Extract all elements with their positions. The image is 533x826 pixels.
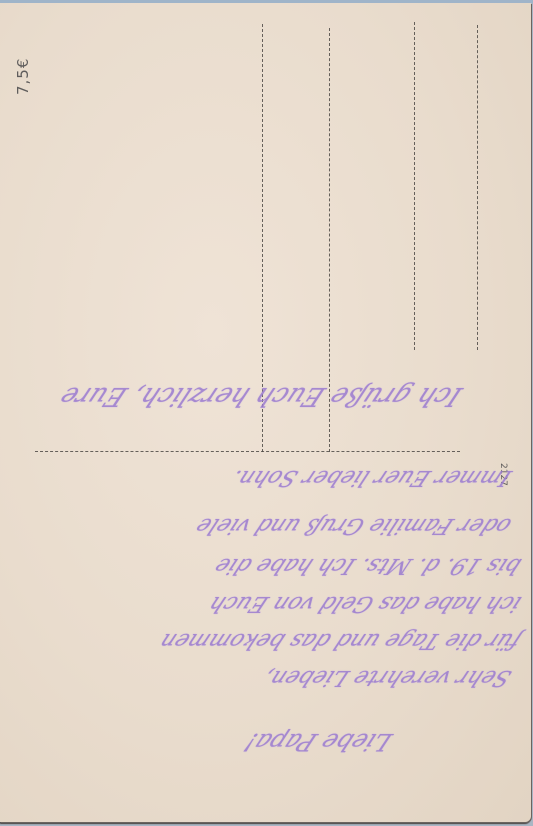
handwritten-line: für die Tage und das bekommen bbox=[4, 628, 526, 653]
handwritten-line: Ich grüße Euch herzlich, Eure bbox=[33, 381, 467, 411]
handwritten-line: Liebe Papa! bbox=[183, 728, 396, 756]
handwritten-line: bis 19. d. Mts. Ich habe die bbox=[4, 553, 526, 578]
postcard-back: 7,5€ 2127 Ich grüße Euch herzlich, Eure … bbox=[0, 3, 531, 822]
price-note: 7,5€ bbox=[14, 58, 32, 95]
divider-line bbox=[35, 451, 460, 452]
handwritten-line: ich habe das Geld von Euch bbox=[4, 591, 526, 616]
handwritten-line: oder Familie Gruß und viele bbox=[24, 513, 516, 538]
address-line-4 bbox=[477, 25, 478, 350]
handwritten-line: Sehr verehrte Lieben, bbox=[34, 665, 516, 690]
handwritten-line: Immer Euer lieber Sohn. bbox=[184, 465, 516, 490]
address-line-3 bbox=[414, 22, 415, 350]
